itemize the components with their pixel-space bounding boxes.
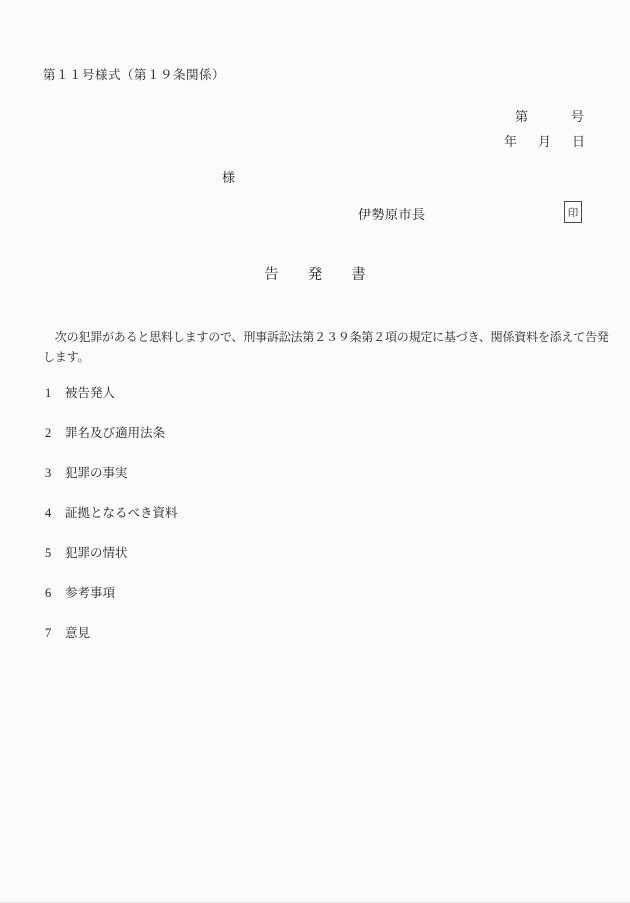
item-label: 罪名及び適用法条 <box>65 426 165 440</box>
seal-placeholder-box: 印 <box>564 201 582 223</box>
form-number-label: 第１１号様式（第１９条関係） <box>43 65 225 83</box>
list-item: 2罪名及び適用法条 <box>45 426 178 441</box>
addressee-honorific: 様 <box>222 167 235 186</box>
date-month-label: 月 <box>538 131 551 150</box>
numbered-item-list: 1被告発人 2罪名及び適用法条 3犯罪の事実 4証拠となるべき資料 5犯罪の情状… <box>45 386 178 641</box>
item-number: 7 <box>45 626 65 641</box>
doc-number-suffix: 号 <box>571 106 584 125</box>
body-paragraph: 次の犯罪があると思料しますので、刑事訴訟法第２３９条第２項の規定に基づき、関係資… <box>43 327 608 367</box>
list-item: 6参考事項 <box>45 586 178 601</box>
item-number: 5 <box>45 546 65 561</box>
list-item: 4証拠となるべき資料 <box>45 506 178 521</box>
seal-label: 印 <box>568 205 579 220</box>
document-number-line: 第 号 <box>515 106 584 125</box>
item-label: 証拠となるべき資料 <box>65 506 178 520</box>
item-label: 意見 <box>65 626 90 640</box>
body-line-1: 次の犯罪があると思料しますので、刑事訴訟法第２３９条第２項の規定に基づき、関係資… <box>43 327 608 347</box>
item-number: 6 <box>45 586 65 601</box>
list-item: 5犯罪の情状 <box>45 546 178 561</box>
date-line: 年 月 日 <box>504 131 585 150</box>
item-label: 被告発人 <box>65 386 115 400</box>
list-item: 1被告発人 <box>45 386 178 401</box>
sender-name: 伊勢原市長 <box>358 204 426 223</box>
item-label: 犯罪の情状 <box>65 546 128 560</box>
item-number: 1 <box>45 386 65 401</box>
accusation-form-page: 第１１号様式（第１９条関係） 第 号 年 月 日 様 伊勢原市長 印 告 発 書… <box>0 0 630 903</box>
list-item: 3犯罪の事実 <box>45 466 178 481</box>
date-day-label: 日 <box>572 131 585 150</box>
item-number: 3 <box>45 466 65 481</box>
item-number: 2 <box>45 426 65 441</box>
document-title: 告 発 書 <box>0 263 630 284</box>
item-number: 4 <box>45 506 65 521</box>
body-line-2: します。 <box>43 347 608 367</box>
item-label: 参考事項 <box>65 586 115 600</box>
item-label: 犯罪の事実 <box>65 466 128 480</box>
list-item: 7意見 <box>45 626 178 641</box>
doc-number-prefix: 第 <box>515 106 528 125</box>
date-year-label: 年 <box>504 131 517 150</box>
